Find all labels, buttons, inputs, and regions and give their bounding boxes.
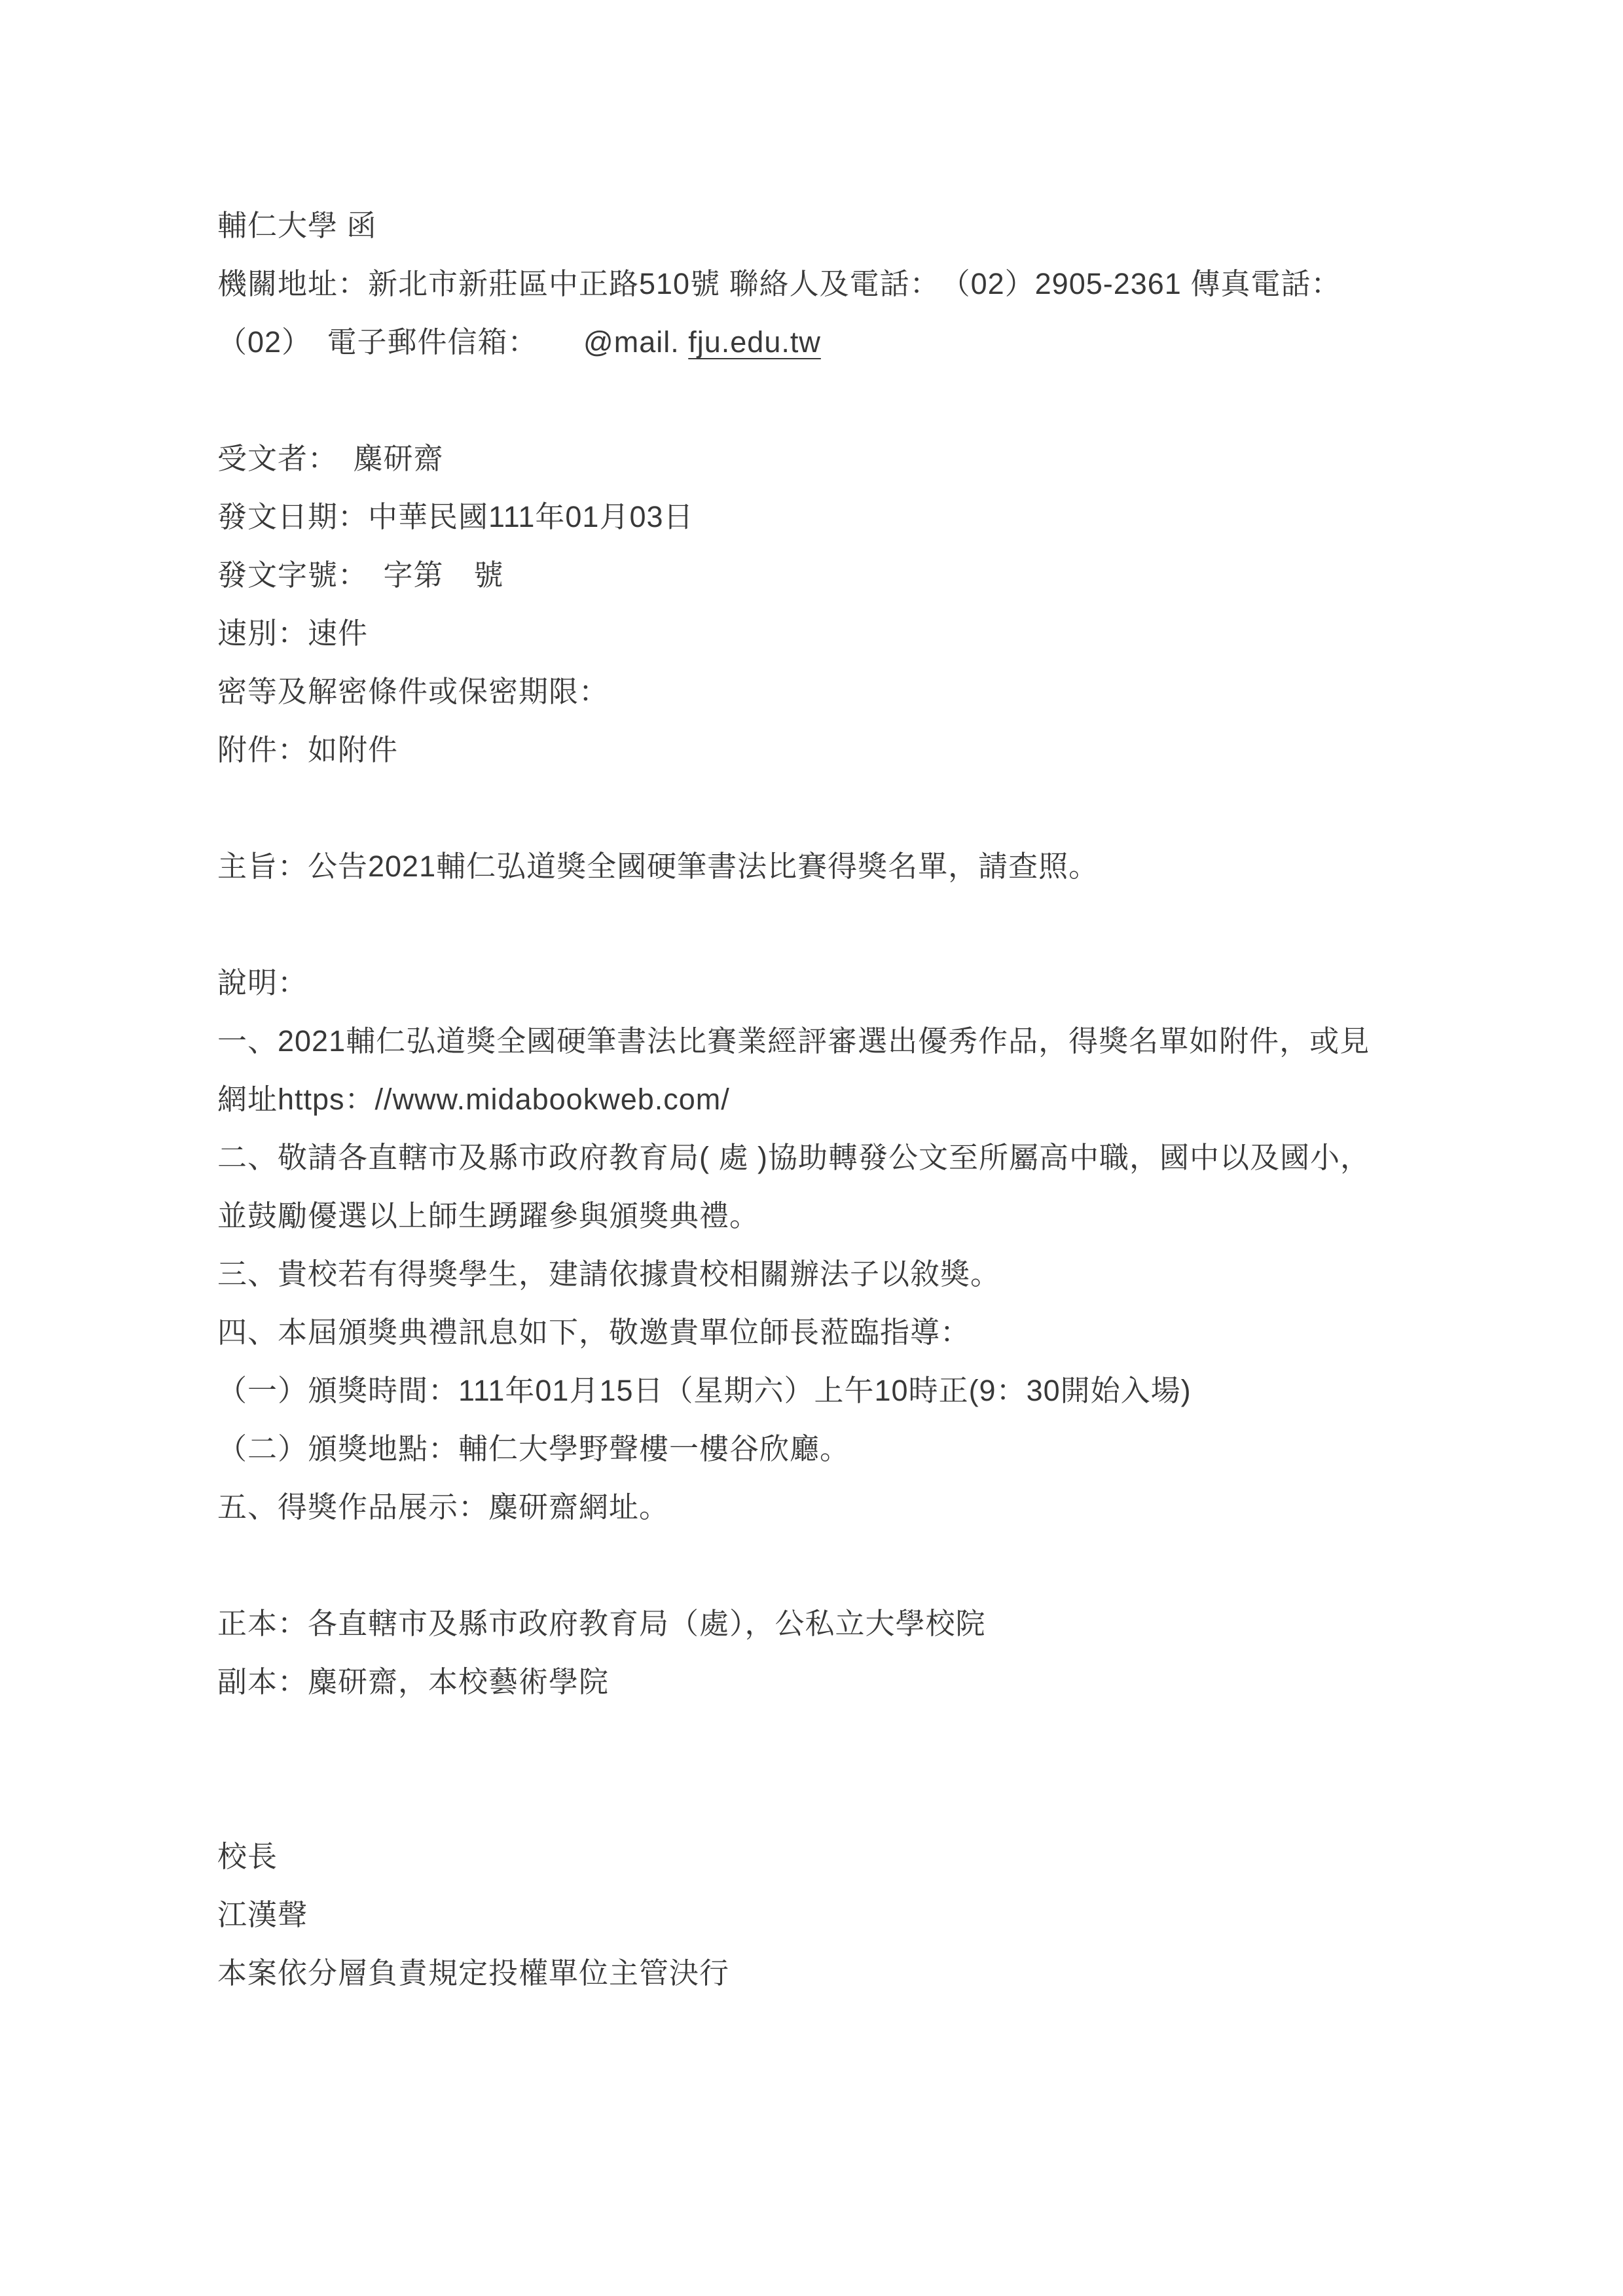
distribution-original-line: 正本：各直轄市及縣市政府教育局（處），公私立大學校院 (217, 1594, 1440, 1653)
explanation-item-2: 二、敬請各直轄市及縣市政府教育局( 處 )協助轉發公文至所屬高中職，國中以及國小… (217, 1128, 1440, 1187)
explanation-item-4-sub-2: （二）頒獎地點：輔仁大學野聲樓一樓谷欣廳。 (217, 1420, 1440, 1478)
explanation-label: 說明： (217, 954, 1440, 1012)
signer-name: 江漢聲 (217, 1886, 1440, 1944)
subject-line: 主旨：公告2021輔仁弘道獎全國硬筆書法比賽得獎名單，請查照。 (217, 837, 1440, 895)
attachment-line: 附件：如附件 (217, 721, 1440, 779)
email-label: （02） 電子郵件信箱： @mail. (217, 325, 688, 359)
issue-date-line: 發文日期：中華民國111年01月03日 (217, 488, 1440, 546)
security-line: 密等及解密條件或保密期限： (217, 662, 1440, 721)
distribution-copy-line: 副本：麋研齋，本校藝術學院 (217, 1653, 1440, 1711)
explanation-item-3: 三、貴校若有得獎學生，建請依據貴校相關辦法子以敘獎。 (217, 1245, 1440, 1303)
explanation-item-1: 一、2021輔仁弘道獎全國硬筆書法比賽業經評審選出優秀作品，得獎名單如附件，或見 (217, 1012, 1440, 1070)
explanation-item-2-cont: 並鼓勵優選以上師生踴躍參與頒獎典禮。 (217, 1187, 1440, 1245)
explanation-item-4: 四、本屆頒獎典禮訊息如下，敬邀貴單位師長蒞臨指導： (217, 1303, 1440, 1361)
explanation-item-5: 五、得獎作品展示：麋研齋網址。 (217, 1478, 1440, 1536)
letter-title: 輔仁大學 函 (217, 196, 1440, 255)
recipient-line: 受文者： 麋研齋 (217, 429, 1440, 488)
official-letter-page: 輔仁大學 函 機關地址：新北市新莊區中正路510號 聯絡人及電話： （02）29… (0, 0, 1623, 2296)
explanation-item-1-url: 網址https：//www.midabookweb.com/ (217, 1070, 1440, 1128)
explanation-item-4-sub-1: （一）頒獎時間：111年01月15日（星期六）上午10時正(9：30開始入場) (217, 1361, 1440, 1420)
doc-number-line: 發文字號： 字第 號 (217, 546, 1440, 604)
agency-address-line: 機關地址：新北市新莊區中正路510號 聯絡人及電話： （02）2905-2361… (217, 255, 1440, 313)
agency-contact-line: （02） 電子郵件信箱： @mail. fju.edu.tw (217, 313, 1440, 371)
signer-title: 校長 (217, 1827, 1440, 1886)
delegation-note: 本案依分層負責規定投權單位主管決行 (217, 1944, 1440, 2002)
email-domain-link[interactable]: fju.edu.tw (688, 325, 821, 359)
speed-line: 速別：速件 (217, 604, 1440, 662)
